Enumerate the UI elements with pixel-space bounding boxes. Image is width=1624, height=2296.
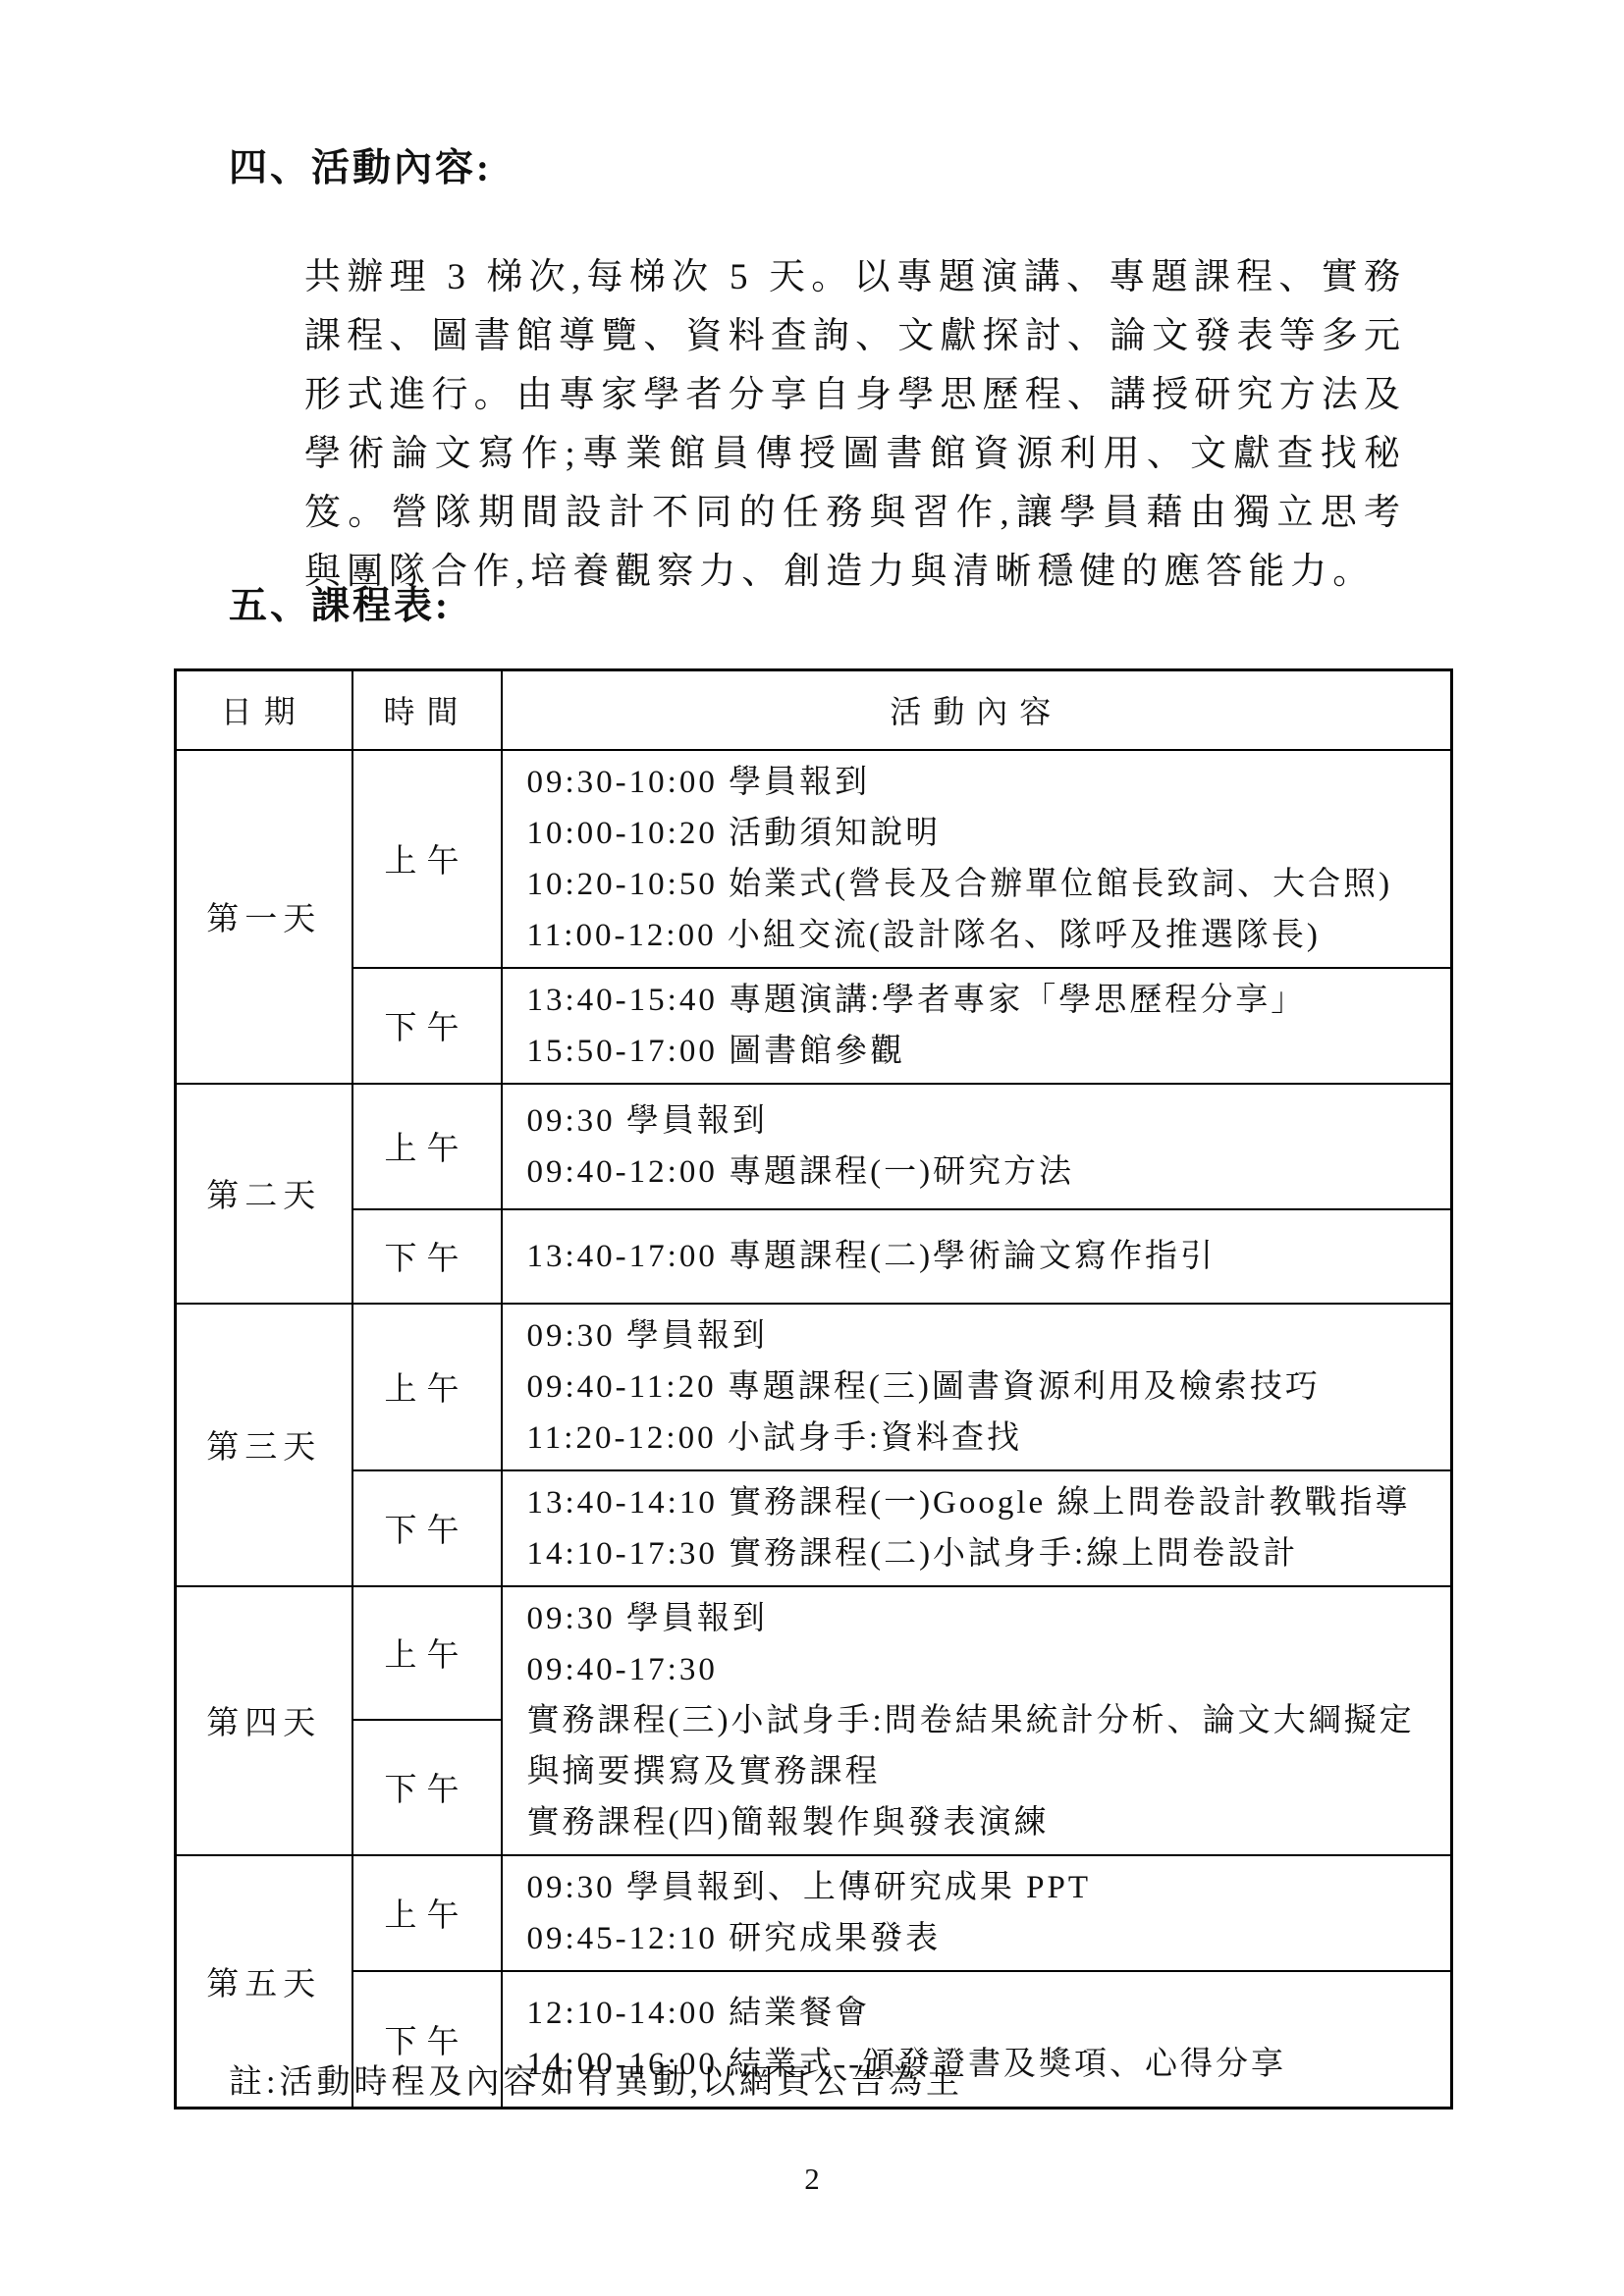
activity-cell-day1-afternoon: 13:40-15:40 專題演講:學者專家「學思歷程分享」 15:50-17:0… [502,968,1452,1084]
activity-line: 13:40-14:10 實務課程(一)Google 線上問卷設計教戰指導 [527,1477,1437,1528]
section-heading-schedule: 五、課程表: [229,583,451,630]
activity-line: 10:20-10:50 始業式(營長及合辦單位館長致詞、大合照) [527,859,1437,910]
activity-line: 11:00-12:00 小組交流(設計隊名、隊呼及推選隊長) [527,910,1437,961]
section-heading-activities: 四、活動內容: [229,145,492,192]
activity-line: 09:40-17:30 [527,1644,1437,1695]
time-cell-day2-afternoon: 下午 [352,1209,502,1304]
time-cell-day1-morning: 上午 [352,750,502,968]
activity-line: 09:30 學員報到 [527,1095,1437,1147]
activity-line: 09:45-12:10 研究成果發表 [527,1913,1437,1964]
activity-cell-day2-afternoon: 13:40-17:00 專題課程(二)學術論文寫作指引 [502,1209,1452,1304]
header-date: 日期 [176,670,352,750]
table-header-row: 日期 時間 活動內容 [176,670,1452,750]
time-cell-day4-morning: 上午 [352,1586,502,1720]
activity-cell-day3-afternoon: 13:40-14:10 實務課程(一)Google 線上問卷設計教戰指導 14:… [502,1470,1452,1586]
activity-cell-day2-morning: 09:30 學員報到 09:40-12:00 專題課程(一)研究方法 [502,1084,1452,1209]
table-row-day2-morning: 第二天 上午 09:30 學員報到 09:40-12:00 專題課程(一)研究方… [176,1084,1452,1209]
day-cell-day4: 第四天 [176,1586,352,1855]
table-row-day3-afternoon: 下午 13:40-14:10 實務課程(一)Google 線上問卷設計教戰指導 … [176,1470,1452,1586]
activity-line: 13:40-17:00 專題課程(二)學術論文寫作指引 [527,1231,1437,1282]
activity-cell-day4-merged: 09:30 學員報到 09:40-17:30 實務課程(三)小試身手:問卷結果統… [502,1586,1452,1855]
activities-paragraph: 共辦理 3 梯次,每梯次 5 天。以專題演講、專題課程、實務課程、圖書館導覽、資… [304,248,1406,602]
activity-cell-day5-morning: 09:30 學員報到、上傳研究成果 PPT 09:45-12:10 研究成果發表 [502,1855,1452,1971]
time-cell-day2-morning: 上午 [352,1084,502,1209]
activity-line: 實務課程(三)小試身手:問卷結果統計分析、論文大綱擬定與摘要撰寫及實務課程 [527,1695,1437,1797]
time-cell-day3-afternoon: 下午 [352,1470,502,1586]
day-cell-day1: 第一天 [176,750,352,1084]
activity-line: 09:40-11:20 專題課程(三)圖書資源利用及檢索技巧 [527,1362,1437,1413]
table-row-day5-morning: 第五天 上午 09:30 學員報到、上傳研究成果 PPT 09:45-12:10… [176,1855,1452,1971]
activity-line: 14:10-17:30 實務課程(二)小試身手:線上問卷設計 [527,1528,1437,1579]
header-time: 時間 [352,670,502,750]
time-cell-day4-afternoon: 下午 [352,1720,502,1855]
footnote: 註:活動時程及內容如有異動,以網頁公告為主 [229,2059,963,2107]
activity-line: 15:50-17:00 圖書館參觀 [527,1026,1437,1077]
page-number: 2 [0,2162,1624,2197]
day-cell-day2: 第二天 [176,1084,352,1304]
schedule-table: 日期 時間 活動內容 第一天 上午 09:30-10:00 學員報到 10:00… [174,668,1453,2109]
activity-line: 09:30 學員報到、上傳研究成果 PPT [527,1862,1437,1913]
activity-line: 09:40-12:00 專題課程(一)研究方法 [527,1147,1437,1198]
day-cell-day3: 第三天 [176,1304,352,1586]
activity-line: 實務課程(四)簡報製作與發表演練 [527,1797,1437,1848]
table-row-day4-morning: 第四天 上午 09:30 學員報到 09:40-17:30 實務課程(三)小試身… [176,1586,1452,1720]
time-cell-day5-morning: 上午 [352,1855,502,1971]
activity-line: 09:30 學員報到 [527,1593,1437,1644]
activity-line: 11:20-12:00 小試身手:資料查找 [527,1413,1437,1464]
time-cell-day1-afternoon: 下午 [352,968,502,1084]
activity-line: 09:30-10:00 學員報到 [527,757,1437,808]
activity-line: 09:30 學員報到 [527,1310,1437,1362]
table-row-day3-morning: 第三天 上午 09:30 學員報到 09:40-11:20 專題課程(三)圖書資… [176,1304,1452,1470]
document-page: 四、活動內容: 共辦理 3 梯次,每梯次 5 天。以專題演講、專題課程、實務課程… [0,0,1624,2296]
activity-line: 10:00-10:20 活動須知說明 [527,808,1437,859]
table-row-day2-afternoon: 下午 13:40-17:00 專題課程(二)學術論文寫作指引 [176,1209,1452,1304]
activity-line: 12:10-14:00 結業餐會 [527,1988,1437,2039]
activity-line: 13:40-15:40 專題演講:學者專家「學思歷程分享」 [527,975,1437,1026]
activity-cell-day1-morning: 09:30-10:00 學員報到 10:00-10:20 活動須知說明 10:2… [502,750,1452,968]
activity-cell-day3-morning: 09:30 學員報到 09:40-11:20 專題課程(三)圖書資源利用及檢索技… [502,1304,1452,1470]
table-row-day1-morning: 第一天 上午 09:30-10:00 學員報到 10:00-10:20 活動須知… [176,750,1452,968]
time-cell-day3-morning: 上午 [352,1304,502,1470]
header-activity: 活動內容 [502,670,1452,750]
table-row-day1-afternoon: 下午 13:40-15:40 專題演講:學者專家「學思歷程分享」 15:50-1… [176,968,1452,1084]
